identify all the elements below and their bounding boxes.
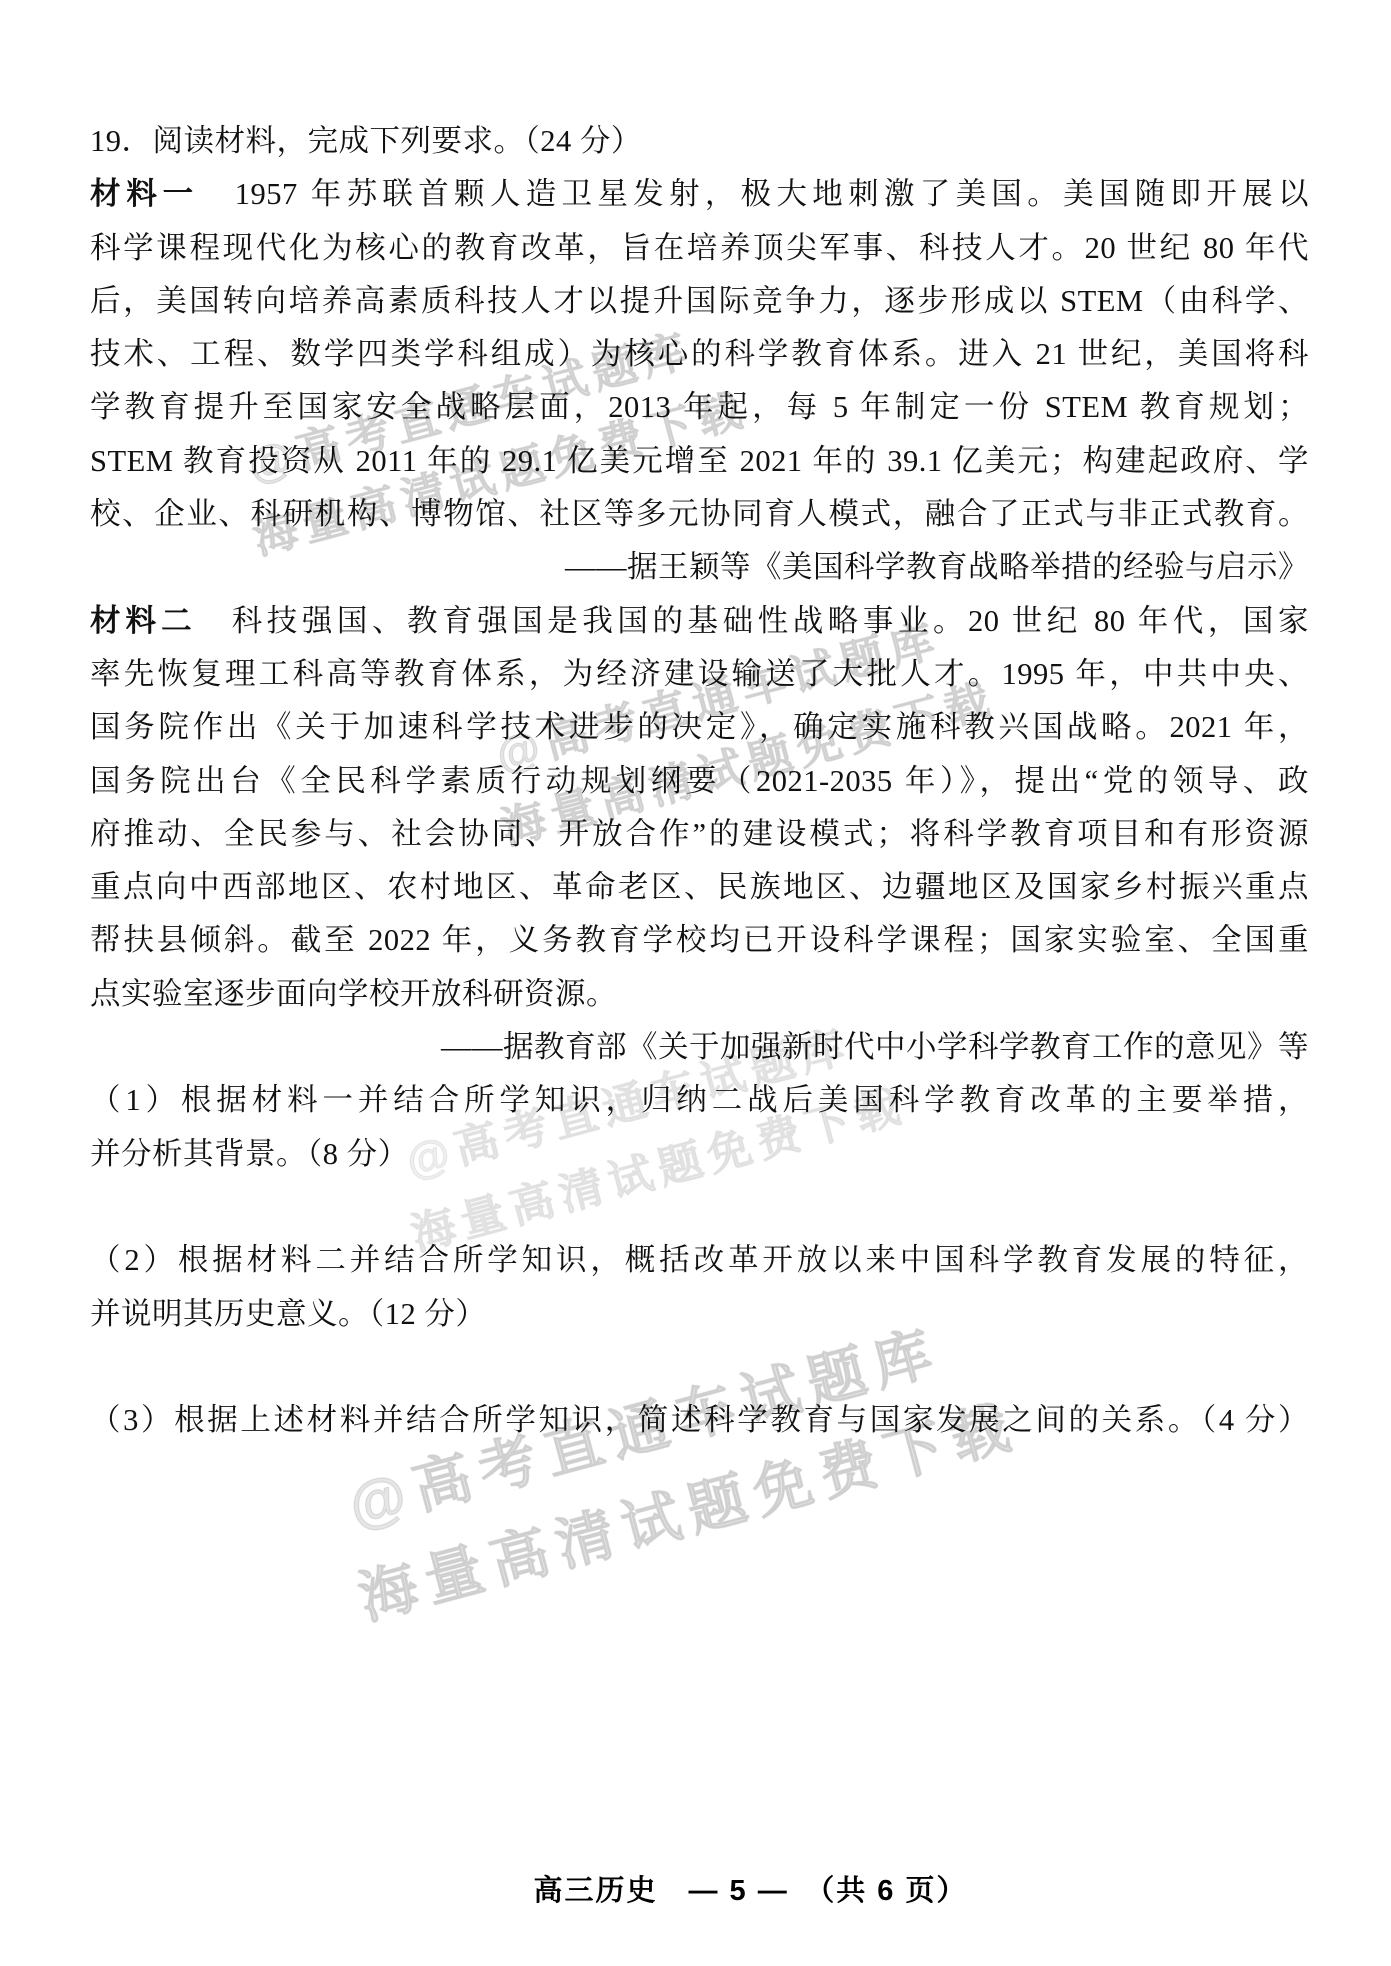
page-footer-text: 高三历史 — 5 — （共 6 页）: [534, 1875, 968, 1907]
material-two-line: 点实验室逐步面向学校开放科研资源。: [90, 968, 1309, 1021]
material-two-text: 重点向中西部地区、农村地区、革命老区、民族地区、边疆地区及国家乡村振兴重点: [90, 870, 1309, 904]
material-one-text: 后，美国转向培养高素质科技人才以提升国际竞争力，逐步形成以 STEM（由科学、: [90, 284, 1309, 318]
material-one-text: 1957 年苏联首颗人造卫星发射，极大地刺激了美国。美国随即开展以: [199, 177, 1309, 211]
sub-question-2-continued: 并说明其历史意义。（12 分）: [90, 1288, 1309, 1341]
sub-question-2-text: 并说明其历史意义。（12 分）: [90, 1297, 486, 1331]
material-two-text: 科技强国、教育强国是我国的基础性战略事业。20 世纪 80 年代，国家: [197, 604, 1309, 638]
material-two-source-text: ——据教育部《关于加强新时代中小学科学教育工作的意见》等: [441, 1030, 1309, 1064]
material-two-line: 府推动、全民参与、社会协同、开放合作”的建设模式；将科学教育项目和有形资源: [90, 808, 1309, 861]
material-one-line: 后，美国转向培养高素质科技人才以提升国际竞争力，逐步形成以 STEM（由科学、: [90, 275, 1309, 328]
material-one-text: 技术、工程、数学四类学科组成）为核心的科学教育体系。进入 21 世纪，美国将科: [90, 337, 1309, 371]
blank-line: [90, 1341, 1309, 1394]
material-two-line: 国务院作出《关于加速科学技术进步的决定》，确定实施科教兴国战略。2021 年，: [90, 701, 1309, 754]
material-one-label: 材料一: [90, 177, 199, 211]
material-two-text: 府推动、全民参与、社会协同、开放合作”的建设模式；将科学教育项目和有形资源: [90, 817, 1309, 851]
material-one-line: 技术、工程、数学四类学科组成）为核心的科学教育体系。进入 21 世纪，美国将科: [90, 328, 1309, 381]
sub-question-3-text: （3）根据上述材料并结合所学知识，简述科学教育与国家发展之间的关系。（4 分）: [90, 1403, 1309, 1437]
material-two-text: 国务院作出《关于加速科学技术进步的决定》，确定实施科教兴国战略。2021 年，: [90, 710, 1309, 744]
material-two-line: 国务院出台《全民科学素质行动规划纲要（2021-2035 年）》，提出“党的领导…: [90, 755, 1309, 808]
material-two-line: 率先恢复理工科高等教育体系，为经济建设输送了大批人才。1995 年，中共中央、: [90, 648, 1309, 701]
sub-question-2: （2）根据材料二并结合所学知识，概括改革开放以来中国科学教育发展的特征，: [90, 1234, 1309, 1287]
sub-question-1-text: （1）根据材料一并结合所学知识，归纳二战后美国科学教育改革的主要举措，: [90, 1083, 1309, 1117]
question-number-header: 19．阅读材料，完成下列要求。（24 分）: [90, 115, 1309, 168]
exam-paper-page: @高考直通车试题库 海量高清试题免费下载 @高考直通车试题库 海量高清试题免费下…: [0, 0, 1391, 1966]
material-one-text: 科学课程现代化为核心的教育改革，旨在培养顶尖军事、科技人才。20 世纪 80 年…: [90, 231, 1309, 265]
question-19-block: 19．阅读材料，完成下列要求。（24 分） 材料一 1957 年苏联首颗人造卫星…: [90, 115, 1309, 1447]
material-one-source: ——据王颖等《美国科学教育战略举措的经验与启示》: [90, 541, 1309, 594]
material-one-line: 学教育提升至国家安全战略层面，2013 年起，每 5 年制定一份 STEM 教育…: [90, 381, 1309, 434]
material-two-text: 帮扶县倾斜。截至 2022 年，义务教育学校均已开设科学课程；国家实验室、全国重: [90, 923, 1309, 957]
sub-question-2-text: （2）根据材料二并结合所学知识，概括改革开放以来中国科学教育发展的特征，: [90, 1243, 1309, 1277]
material-one-text: STEM 教育投资从 2011 年的 29.1 亿美元增至 2021 年的 39…: [90, 444, 1309, 478]
material-one-text: 学教育提升至国家安全战略层面，2013 年起，每 5 年制定一份 STEM 教育…: [90, 390, 1309, 424]
material-one-line: 材料一 1957 年苏联首颗人造卫星发射，极大地刺激了美国。美国随即开展以: [90, 168, 1309, 221]
material-two-line: 帮扶县倾斜。截至 2022 年，义务教育学校均已开设科学课程；国家实验室、全国重: [90, 914, 1309, 967]
sub-question-1-continued: 并分析其背景。（8 分）: [90, 1128, 1309, 1181]
material-two-source: ——据教育部《关于加强新时代中小学科学教育工作的意见》等: [90, 1021, 1309, 1074]
material-two-text: 率先恢复理工科高等教育体系，为经济建设输送了大批人才。1995 年，中共中央、: [90, 657, 1309, 691]
material-one-line: STEM 教育投资从 2011 年的 29.1 亿美元增至 2021 年的 39…: [90, 435, 1309, 488]
question-header-text: 19．阅读材料，完成下列要求。（24 分）: [90, 124, 642, 158]
sub-question-1-text: 并分析其背景。（8 分）: [90, 1137, 409, 1171]
material-one-line: 校、企业、科研机构、博物馆、社区等多元协同育人模式，融合了正式与非正式教育。: [90, 488, 1309, 541]
material-one-line: 科学课程现代化为核心的教育改革，旨在培养顶尖军事、科技人才。20 世纪 80 年…: [90, 222, 1309, 275]
page-footer: 高三历史 — 5 — （共 6 页）: [534, 1868, 968, 1909]
sub-question-3: （3）根据上述材料并结合所学知识，简述科学教育与国家发展之间的关系。（4 分）: [90, 1394, 1309, 1447]
material-one-source-text: ——据王颖等《美国科学教育战略举措的经验与启示》: [565, 550, 1309, 584]
material-two-line: 材料二 科技强国、教育强国是我国的基础性战略事业。20 世纪 80 年代，国家: [90, 595, 1309, 648]
material-two-line: 重点向中西部地区、农村地区、革命老区、民族地区、边疆地区及国家乡村振兴重点: [90, 861, 1309, 914]
material-one-text: 校、企业、科研机构、博物馆、社区等多元协同育人模式，融合了正式与非正式教育。: [90, 497, 1309, 531]
sub-question-1: （1）根据材料一并结合所学知识，归纳二战后美国科学教育改革的主要举措，: [90, 1074, 1309, 1127]
material-two-text: 国务院出台《全民科学素质行动规划纲要（2021-2035 年）》，提出“党的领导…: [90, 764, 1309, 798]
material-two-text: 点实验室逐步面向学校开放科研资源。: [90, 977, 617, 1011]
material-two-label: 材料二: [90, 604, 197, 638]
blank-line: [90, 1181, 1309, 1234]
